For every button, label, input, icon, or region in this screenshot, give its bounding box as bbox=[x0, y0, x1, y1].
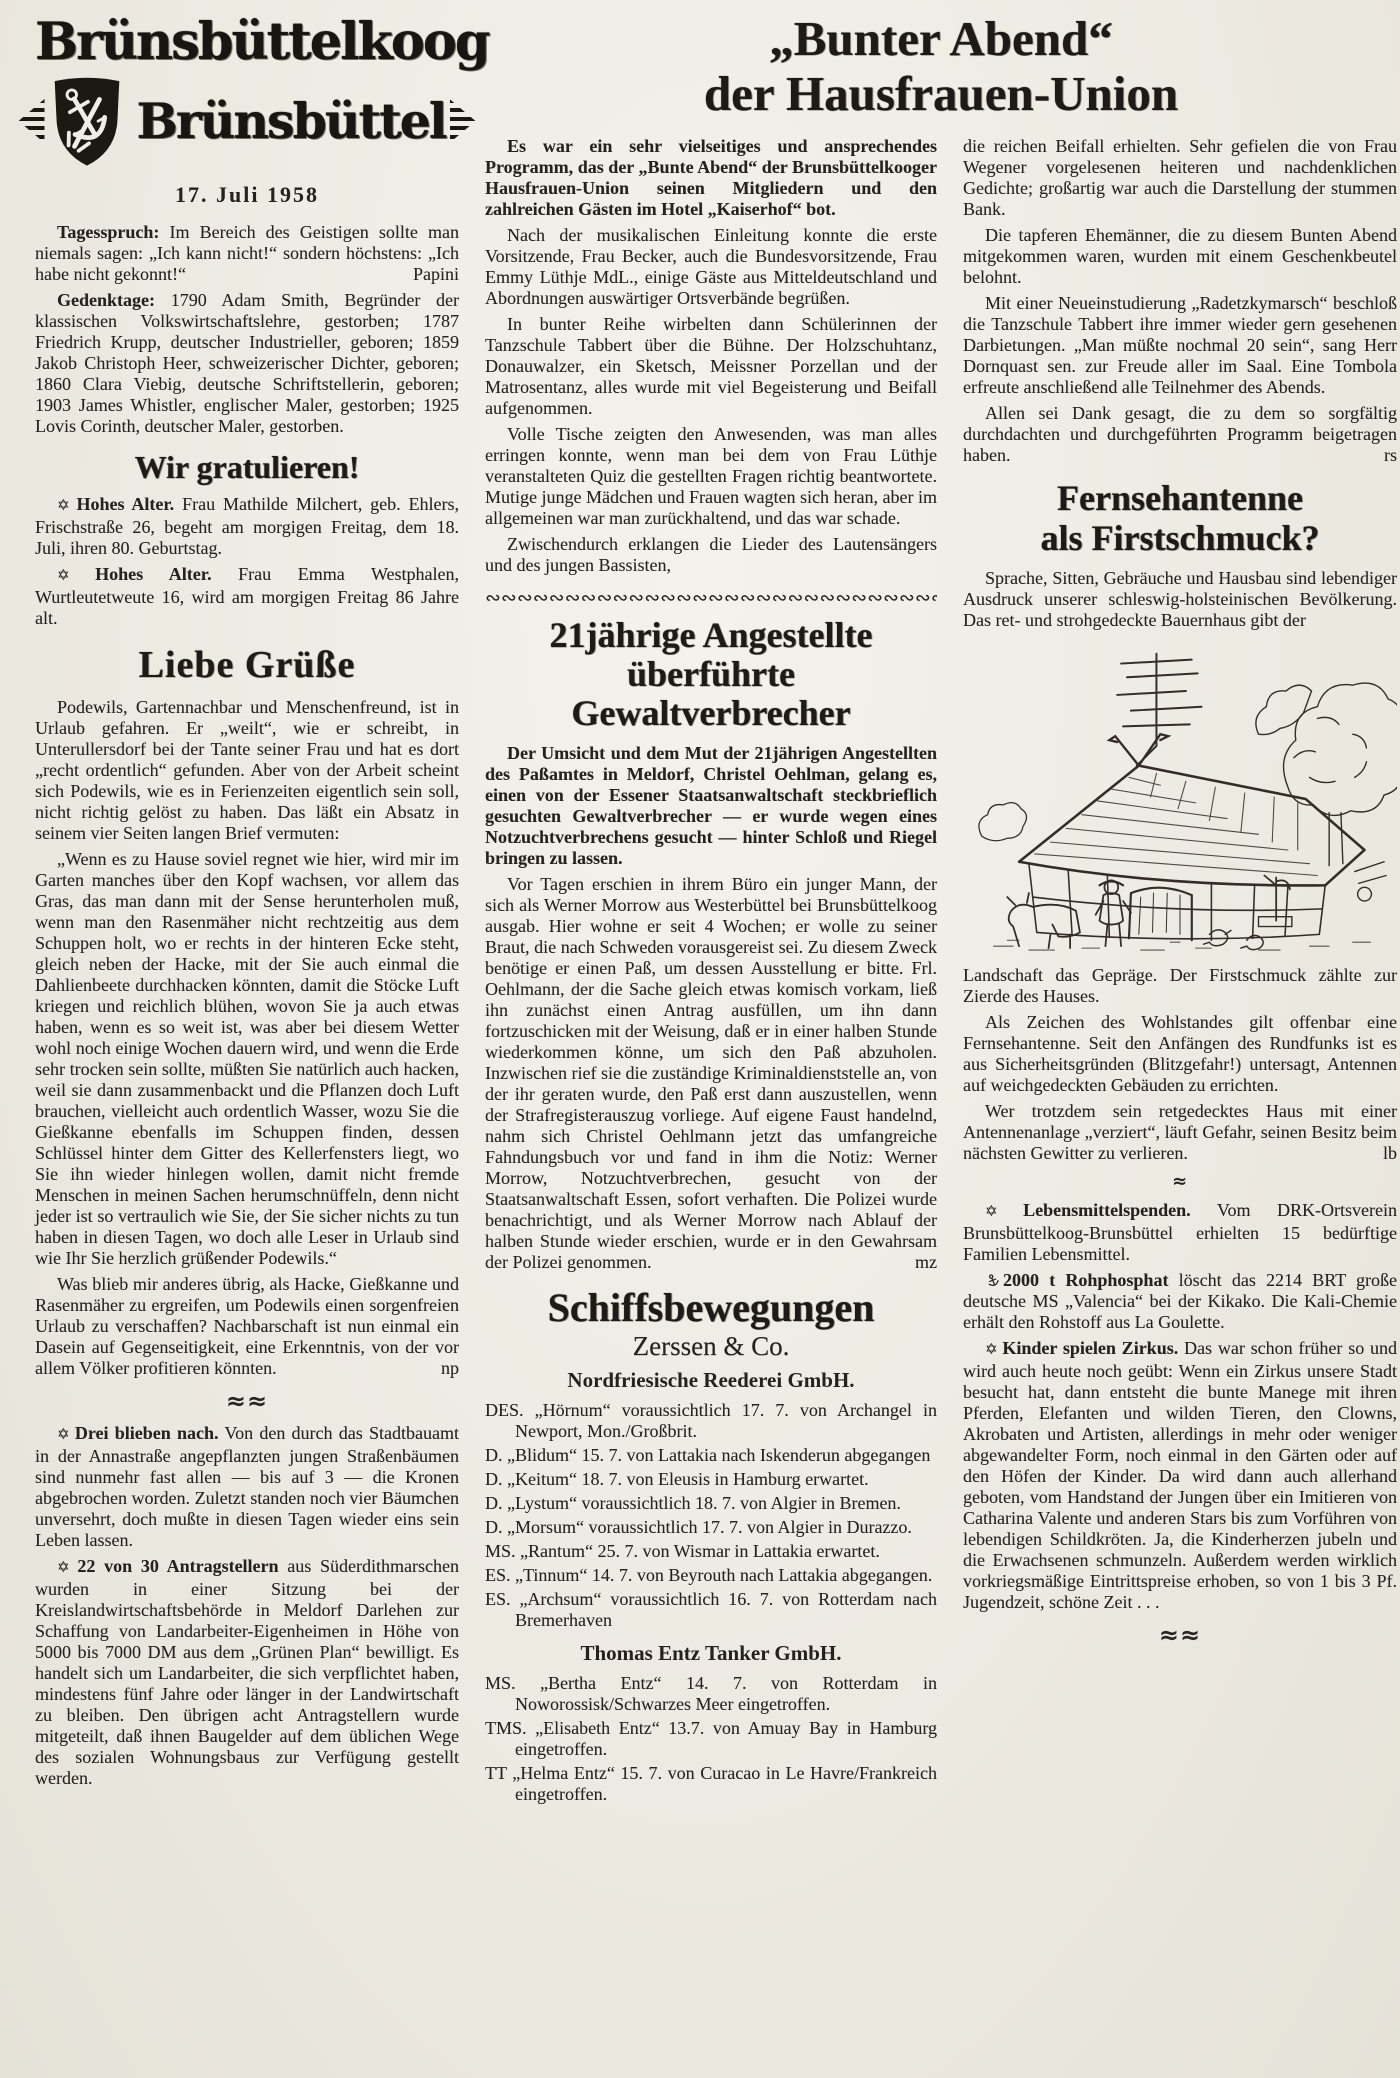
drei-blieben-paragraph: ✡ Drei blieben nach. Von den durch das S… bbox=[35, 1423, 459, 1551]
tv-heading-line1: Fernsehantenne bbox=[963, 478, 1397, 518]
farmhouse-illustration bbox=[963, 640, 1397, 954]
ship-entry: D. „Keitum“ 18. 7. von Eleusis in Hambur… bbox=[485, 1469, 937, 1490]
ship-entry: DES. „Hörnum“ voraussichtlich 17. 7. von… bbox=[485, 1400, 937, 1442]
zirkus-text: Das war schon früher so und wird auch he… bbox=[963, 1338, 1397, 1612]
hohes-alter-2-paragraph: ✡ Hohes Alter. Frau Emma Westphalen, Wur… bbox=[35, 564, 459, 629]
star-icon: ✡ bbox=[57, 1427, 69, 1443]
rohphosphat-lead: 2000 t Rohphosphat bbox=[1003, 1270, 1168, 1290]
ship-entry: D. „Lystum“ voraussichtlich 18. 7. von A… bbox=[485, 1493, 937, 1514]
flourish-left-icon bbox=[19, 99, 45, 143]
zerssen-subheading: Zerssen & Co. bbox=[485, 1331, 937, 1362]
tv-paragraph-1: Sprache, Sitten, Gebräuche und Hausbau s… bbox=[963, 568, 1397, 631]
crime-lead-paragraph: Der Umsicht und dem Mut der 21jährigen A… bbox=[485, 743, 937, 869]
ship-entry: ES. „Archsum“ voraussichtlich 16. 7. von… bbox=[485, 1589, 937, 1631]
ship-entry: TMS. „Elisabeth Entz“ 13.7. von Amuay Ba… bbox=[485, 1718, 937, 1760]
crime-signature: mz bbox=[893, 1252, 937, 1273]
hohes-alter-2-lead: Hohes Alter. bbox=[95, 564, 211, 584]
flourish-right-icon bbox=[450, 99, 476, 143]
gruesse-paragraph-1: Podewils, Gartennachbar und Menschenfreu… bbox=[35, 697, 459, 844]
bunter-abend-paragraph-3: In bunter Reihe wirbelten dann Schülerin… bbox=[485, 314, 937, 419]
tv-paragraph-4-text: Wer trotzdem sein retgedecktes Haus mit … bbox=[963, 1101, 1397, 1163]
chain-ornament-divider: ∾∾∾∾∾∾∾∾∾∾∾∾∾∾∾∾∾∾∾∾∾∾∾∾∾∾∾∾∾∾∾∾∾∾∾∾∾∾∾∾ bbox=[485, 588, 937, 608]
newspaper-page: Brünsbüttelkoog bbox=[0, 0, 1400, 2078]
masthead: Brünsbüttelkoog bbox=[35, 14, 459, 170]
drei-blieben-lead: Drei blieben nach. bbox=[75, 1423, 219, 1443]
tagesspruch-paragraph: Tagesspruch: Im Bereich des Geistigen so… bbox=[35, 222, 459, 285]
wave-divider: ≈≈ bbox=[35, 1389, 459, 1413]
bunter-abend-continuation-4: Allen sei Dank gesagt, die zu dem so sor… bbox=[963, 403, 1397, 466]
star-icon: ✡ bbox=[985, 1204, 997, 1220]
coat-of-arms-anchor-shield-icon bbox=[49, 72, 125, 170]
antragsteller-paragraph: ✡ 22 von 30 Antragstellern aus Süderdith… bbox=[35, 1556, 459, 1789]
bunter-abend-paragraph-4: Volle Tische zeigten den Anwesenden, was… bbox=[485, 424, 937, 529]
tv-article-heading: Fernsehantenne als Firstschmuck? bbox=[963, 478, 1397, 558]
star-icon: ✡ bbox=[57, 1560, 69, 1576]
antragsteller-text: aus Süderdithmarschen wurden in einer Si… bbox=[35, 1556, 459, 1788]
crime-heading-line2: überführte Gewaltverbrecher bbox=[485, 655, 937, 733]
masthead-title-line1: Brünsbüttelkoog bbox=[35, 14, 459, 70]
tv-paragraph-2: Landschaft das Gepräge. Der Firstschmuck… bbox=[963, 965, 1397, 1007]
issue-date: 17. Juli 1958 bbox=[35, 182, 459, 208]
gedenktage-text: 1790 Adam Smith, Begründer der klassisch… bbox=[35, 290, 459, 436]
ship-entry: TT „Helma Entz“ 15. 7. von Curacao in Le… bbox=[485, 1763, 937, 1805]
tv-paragraph-3: Als Zeichen des Wohlstandes gilt offenba… bbox=[963, 1012, 1397, 1096]
tv-paragraph-4: Wer trotzdem sein retgedecktes Haus mit … bbox=[963, 1101, 1397, 1164]
bunter-abend-paragraph-5: Zwischendurch erklangen die Lieder des L… bbox=[485, 534, 937, 576]
reederei-company-heading: Nordfriesische Reederei GmbH. bbox=[485, 1368, 937, 1393]
zirkus-lead: Kinder spielen Zirkus. bbox=[1002, 1338, 1178, 1358]
ship-entry: MS. „Bertha Entz“ 14. 7. von Rotterdam i… bbox=[485, 1673, 937, 1715]
hohes-alter-1-paragraph: ✡ Hohes Alter. Frau Mathilde Milchert, g… bbox=[35, 494, 459, 559]
crime-body-paragraph: Vor Tagen erschien in ihrem Büro ein jun… bbox=[485, 874, 937, 1273]
bunter-abend-intro: Es war ein sehr vielseitiges und ansprec… bbox=[485, 136, 937, 220]
star-icon: ✡ bbox=[985, 1342, 997, 1358]
lebensmittel-note: ✡ Lebensmittelspenden. Vom DRK-Ortsverei… bbox=[963, 1200, 1397, 1265]
masthead-title-line2: Brünsbüttel bbox=[137, 95, 446, 147]
star-icon: ✡ bbox=[57, 568, 69, 584]
tv-heading-line2: als Firstschmuck? bbox=[963, 518, 1397, 558]
left-column: Brünsbüttelkoog bbox=[35, 10, 459, 1808]
ship-entry: D. „Morsum“ voraussichtlich 17. 7. von A… bbox=[485, 1517, 937, 1538]
tagesspruch-lead: Tagesspruch: bbox=[57, 222, 159, 242]
bunter-abend-continuation-1: die reichen Beifall erhielten. Sehr gefi… bbox=[963, 136, 1397, 220]
crime-heading-line1: 21jährige Angestellte bbox=[485, 616, 937, 655]
schiffsbewegungen-heading: Schiffsbewegungen bbox=[485, 1287, 937, 1329]
ship-entry: ES. „Tinnum“ 14. 7. von Beyrouth nach La… bbox=[485, 1565, 937, 1586]
ship-entry: D. „Blidum“ 15. 7. von Lattakia nach Isk… bbox=[485, 1445, 937, 1466]
bunter-abend-continuation-3: Mit einer Neueinstudierung „Radetzkymars… bbox=[963, 293, 1397, 398]
right-column: die reichen Beifall erhielten. Sehr gefi… bbox=[963, 136, 1397, 1808]
liebe-gruesse-heading: Liebe Grüße bbox=[35, 643, 459, 687]
gedenktage-lead: Gedenktage: bbox=[57, 290, 155, 310]
hohes-alter-1-lead: Hohes Alter. bbox=[76, 494, 174, 514]
wir-gratulieren-heading: Wir gratulieren! bbox=[35, 449, 459, 486]
ship-entry: MS. „Rantum“ 25. 7. von Wismar in Lattak… bbox=[485, 1541, 937, 1562]
middle-column: Es war ein sehr vielseitiges und ansprec… bbox=[485, 136, 937, 1808]
bunter-abend-paragraph-2: Nach der musikalischen Einleitung konnte… bbox=[485, 225, 937, 309]
tagesspruch-signature: Papini bbox=[391, 264, 459, 285]
gruesse-paragraph-3-text: Was blieb mir anderes übrig, als Hacke, … bbox=[35, 1274, 459, 1378]
rohphosphat-note: 2000 t Rohphosphat löscht das 2214 BRT g… bbox=[963, 1270, 1397, 1333]
bunter-abend-continuation-2: Die tapferen Ehemänner, die zu diesem Bu… bbox=[963, 225, 1397, 288]
star-icon: ✡ bbox=[57, 498, 69, 514]
main-article-area: „Bunter Abend“ der Hausfrauen-Union Es w… bbox=[485, 10, 1397, 1808]
tv-signature: lb bbox=[1361, 1143, 1397, 1164]
wave-divider: ≈ bbox=[963, 1170, 1397, 1194]
crime-article-heading: 21jährige Angestellte überführte Gewaltv… bbox=[485, 616, 937, 733]
anchor-icon bbox=[985, 1273, 1001, 1289]
gruesse-signature: np bbox=[419, 1358, 459, 1379]
lebensmittel-lead: Lebensmittelspenden. bbox=[1023, 1200, 1191, 1220]
bunter-abend-signature: rs bbox=[1362, 445, 1397, 466]
gedenktage-paragraph: Gedenktage: 1790 Adam Smith, Begründer d… bbox=[35, 290, 459, 437]
main-headline-line2: der Hausfrauen-Union bbox=[485, 67, 1397, 120]
gruesse-paragraph-3: Was blieb mir anderes übrig, als Hacke, … bbox=[35, 1274, 459, 1379]
bunter-abend-cont4-text: Allen sei Dank gesagt, die zu dem so sor… bbox=[963, 403, 1397, 465]
antragsteller-lead: 22 von 30 Antragstellern bbox=[77, 1556, 278, 1576]
gruesse-quote-paragraph: „Wenn es zu Hause soviel regnet wie hier… bbox=[35, 849, 459, 1269]
wave-divider: ≈≈ bbox=[963, 1623, 1397, 1647]
crime-body-text: Vor Tagen erschien in ihrem Büro ein jun… bbox=[485, 874, 937, 1272]
zirkus-note: ✡ Kinder spielen Zirkus. Das war schon f… bbox=[963, 1338, 1397, 1613]
main-headline-line1: „Bunter Abend“ bbox=[485, 12, 1397, 65]
tanker-company-heading: Thomas Entz Tanker GmbH. bbox=[485, 1641, 937, 1666]
